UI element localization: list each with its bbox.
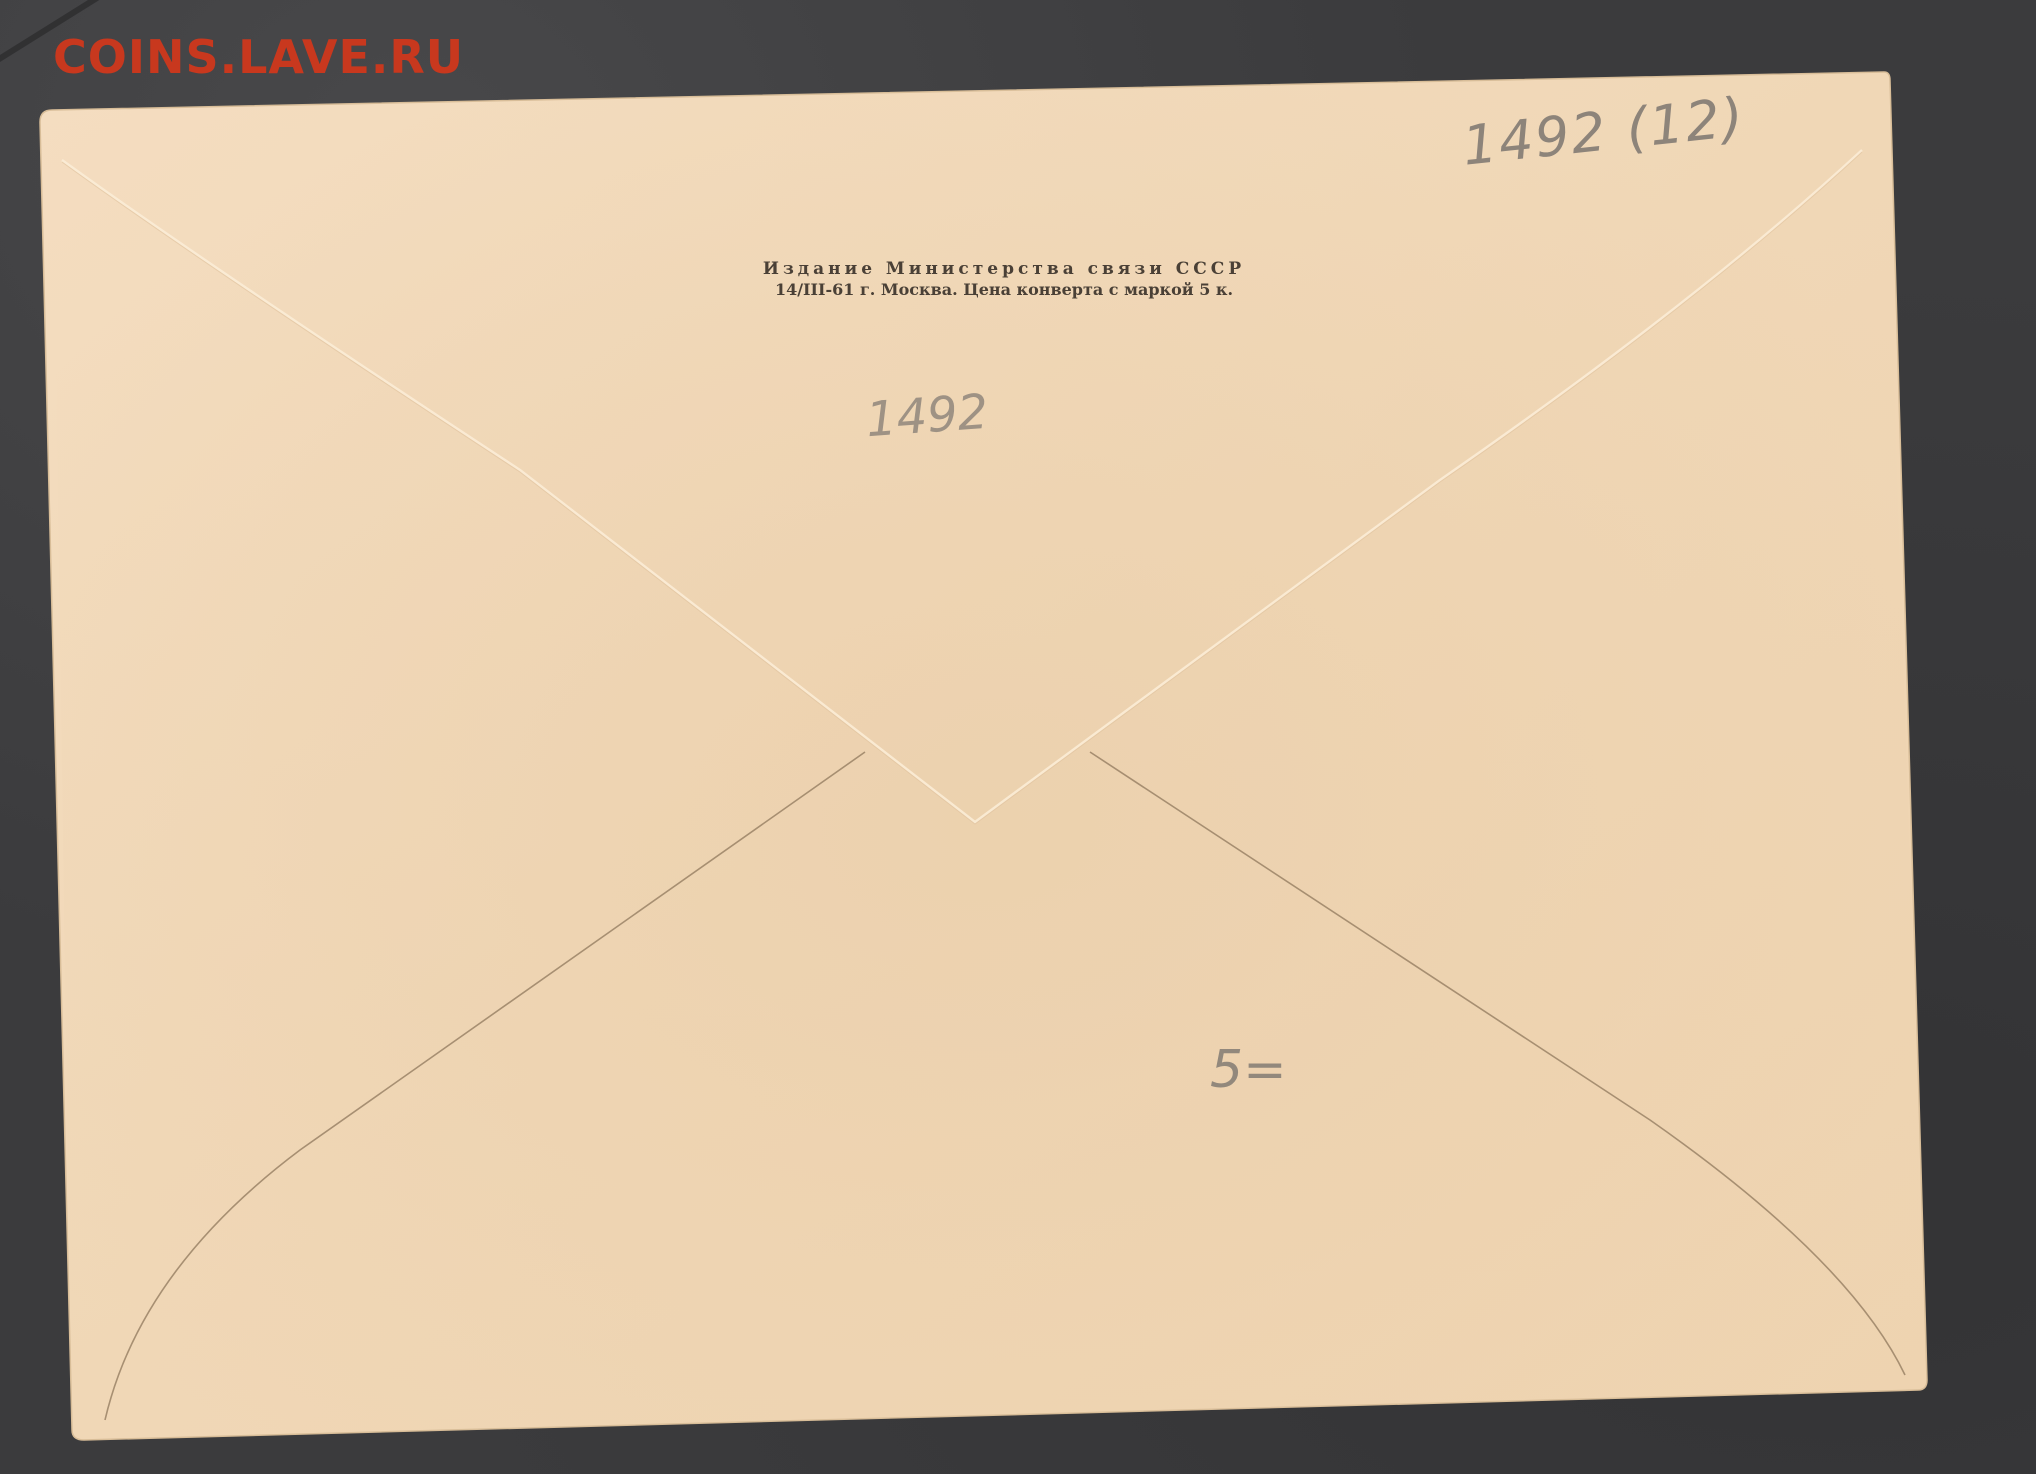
handwritten-catalog-number-center: 1492	[864, 384, 990, 448]
imprint-line-1: Издание Министерства связи СССР	[734, 258, 1274, 280]
envelope-back	[0, 0, 2036, 1474]
publisher-imprint: Издание Министерства связи СССР 14/III-6…	[734, 258, 1274, 300]
imprint-line-2: 14/III-61 г. Москва. Цена конверта с мар…	[734, 280, 1274, 300]
handwritten-price: 5=	[1210, 1040, 1287, 1100]
